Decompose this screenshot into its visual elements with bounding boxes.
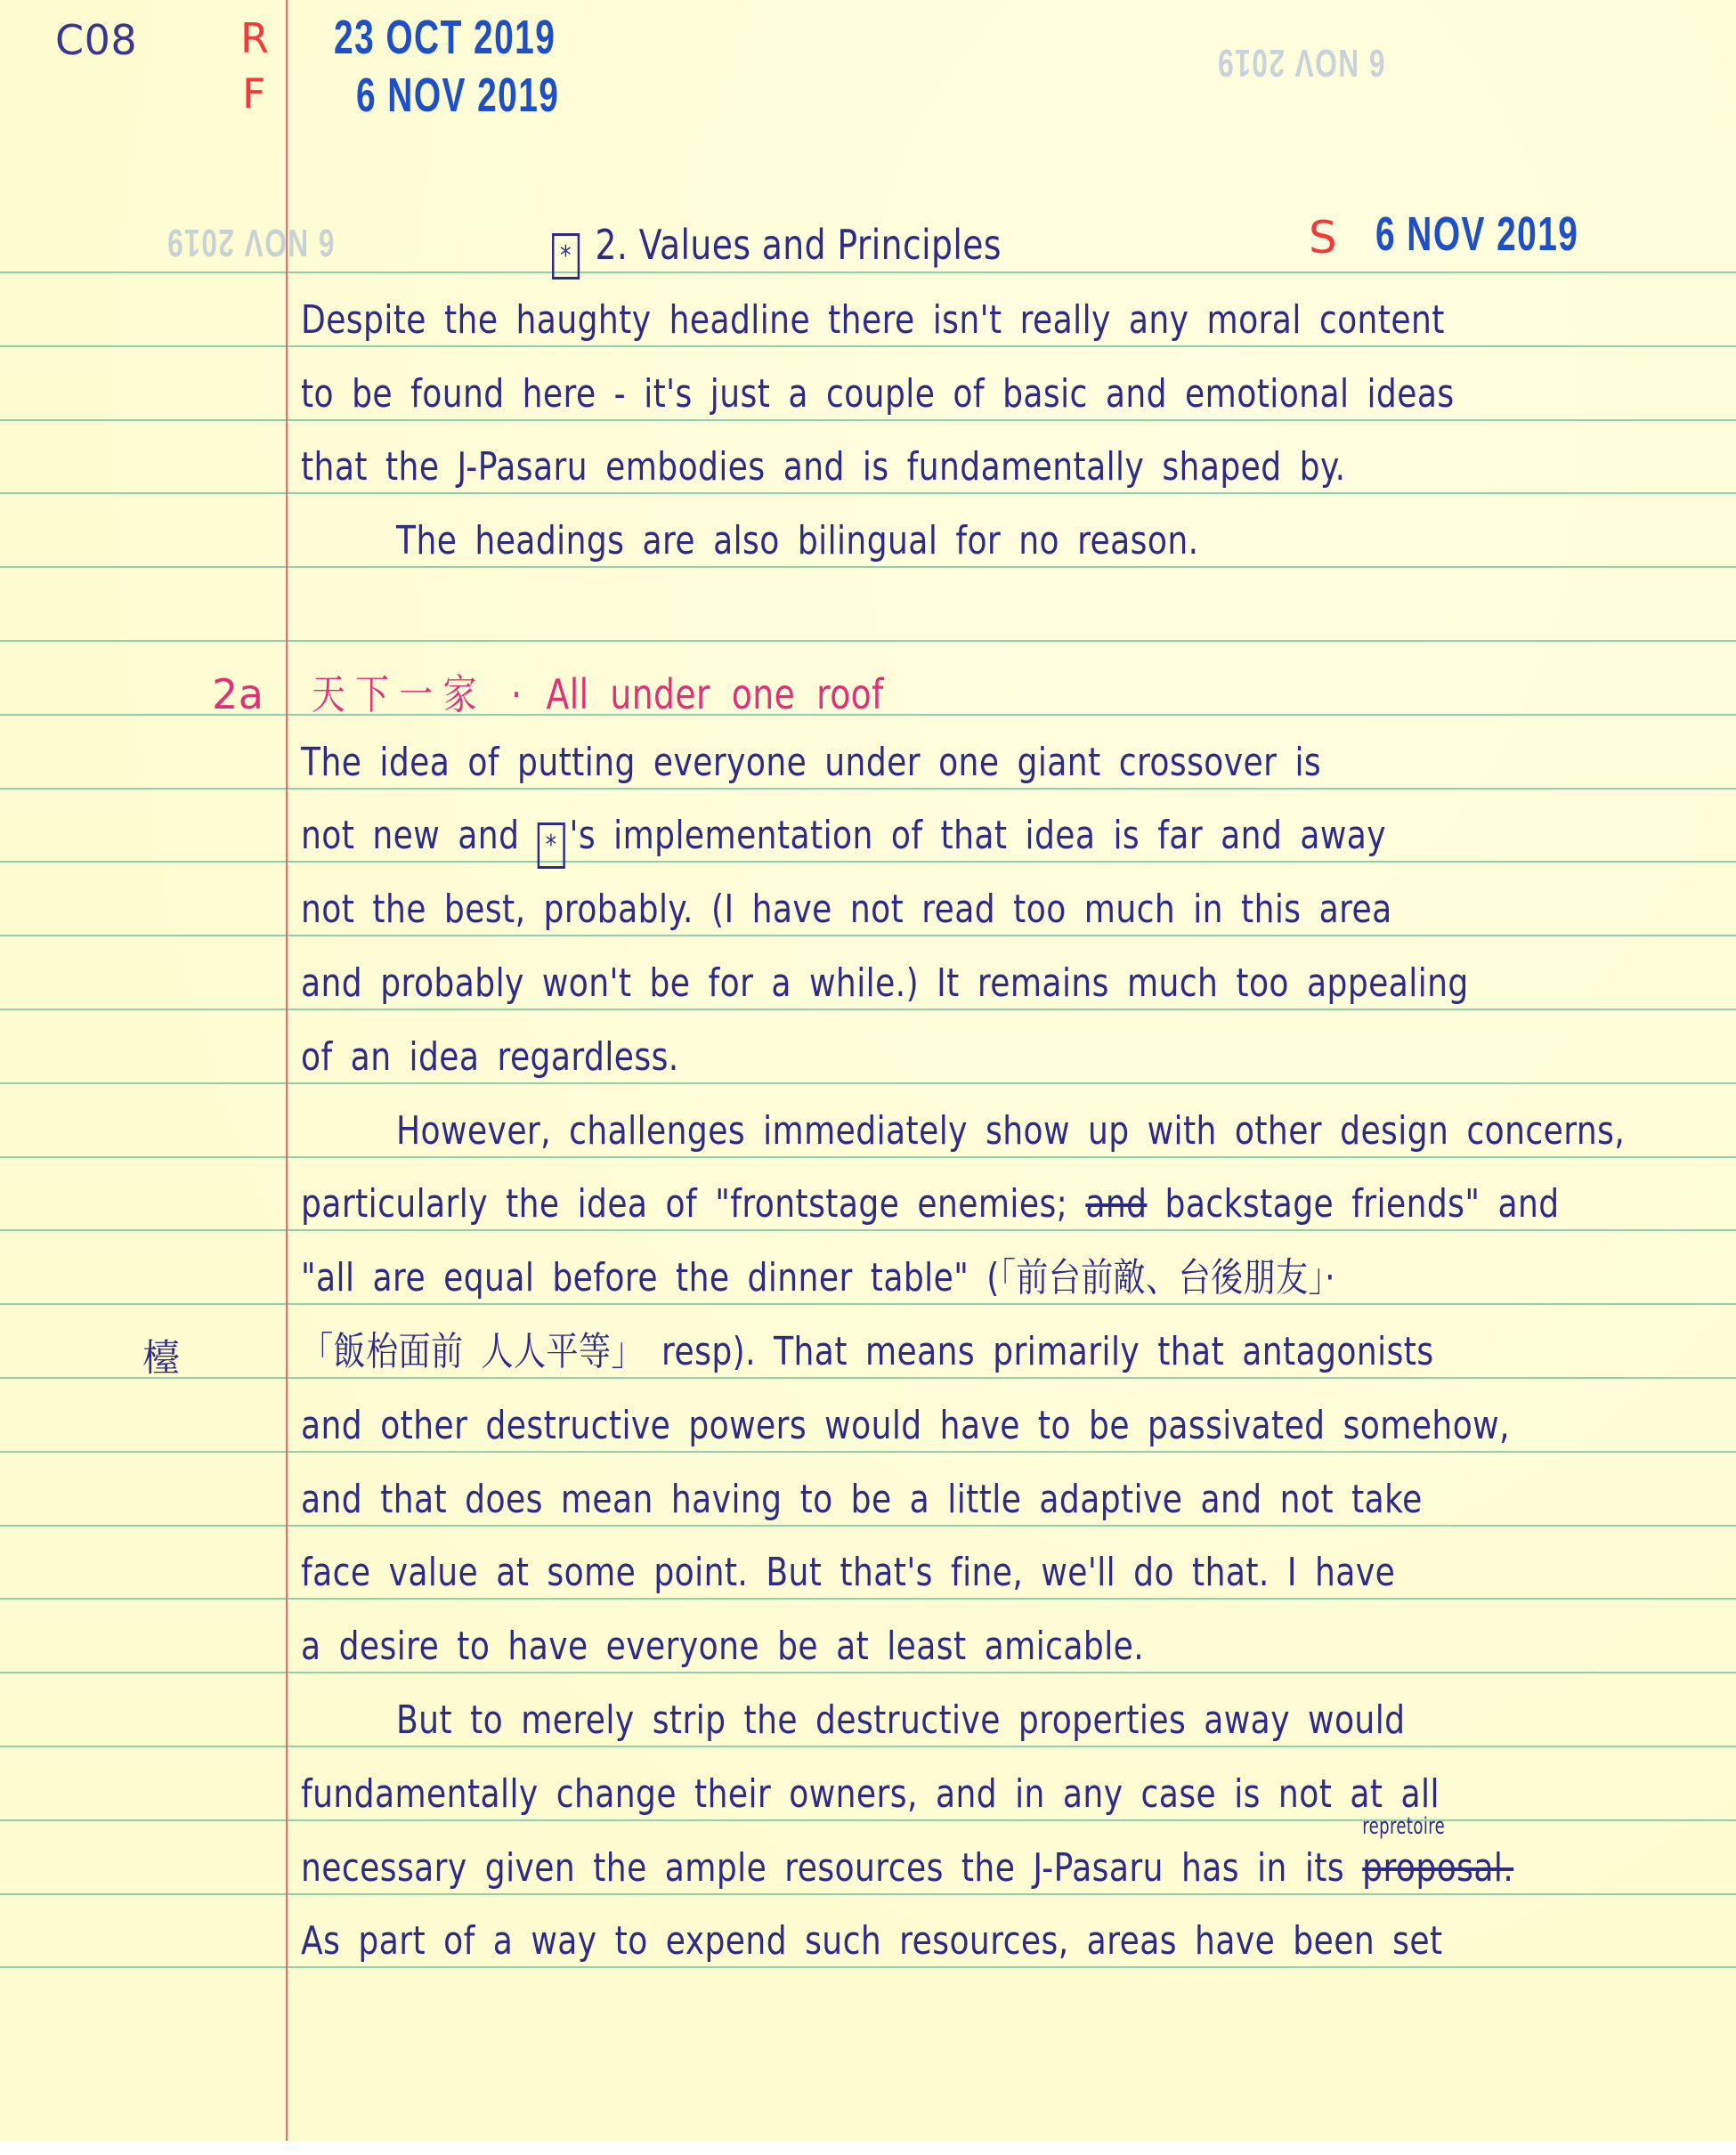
margin-line xyxy=(286,0,288,2141)
text-segment: particularly the idea of "frontstage ene… xyxy=(301,1181,1085,1227)
text-line: of an idea regardless. xyxy=(301,1038,679,1077)
text-line: that the J-Pasaru embodies and is fundam… xyxy=(301,448,1345,487)
text-segment: backstage friends" and xyxy=(1147,1181,1559,1227)
text-line: fundamentally change their owners, and i… xyxy=(301,1775,1440,1814)
margin-mark-f: F xyxy=(242,73,266,114)
text-line: But to merely strip the destructive prop… xyxy=(396,1701,1405,1740)
subsection-label: 2a xyxy=(212,674,264,715)
page-code: C08 xyxy=(55,20,137,61)
ruled-line xyxy=(0,566,1736,568)
struck-text: and xyxy=(1085,1181,1147,1227)
struck-text: proposal.repretoire xyxy=(1362,1845,1513,1891)
ruled-line xyxy=(0,1672,1736,1673)
text-line: face value at some point. But that's fin… xyxy=(301,1553,1395,1592)
ruled-line xyxy=(0,788,1736,790)
ruled-line xyxy=(0,1966,1736,1968)
ruled-line xyxy=(0,1009,1736,1010)
ruled-line xyxy=(0,1082,1736,1084)
text-line: The idea of putting everyone under one g… xyxy=(301,743,1321,782)
ruled-line xyxy=(0,640,1736,642)
text-segment: not new and xyxy=(301,813,537,858)
ruled-line xyxy=(0,419,1736,421)
margin-note: 檯 xyxy=(142,1340,181,1377)
subsection-heading: 天下一家 · All under one roof xyxy=(312,674,884,715)
stamp-date-filed: 6 NOV 2019 xyxy=(356,71,559,119)
text-segment: necessary given the ample resources the … xyxy=(301,1845,1362,1891)
ruled-line xyxy=(0,1377,1736,1379)
ruled-line xyxy=(0,1598,1736,1600)
text-line: and other destructive powers would have … xyxy=(301,1406,1510,1446)
subsection-separator: · xyxy=(511,670,522,718)
ghost-stamp-top-right: 6 NOV 2019 xyxy=(1217,43,1385,82)
stamp-date-received: 23 OCT 2019 xyxy=(334,13,556,61)
ruled-line xyxy=(0,1303,1736,1305)
boxed-asterisk-icon: * xyxy=(537,822,564,869)
text-line: not the best, probably. (I have not read… xyxy=(301,890,1392,929)
text-line: As part of a way to expend such resource… xyxy=(301,1922,1443,1961)
text-line: necessary given the ample resources the … xyxy=(301,1849,1513,1888)
section-stamp-letter: S xyxy=(1309,215,1337,260)
ruled-line xyxy=(0,345,1736,347)
text-line: and probably won't be for a while.) It r… xyxy=(301,964,1469,1003)
text-line: to be found here - it's just a couple of… xyxy=(301,375,1455,414)
text-line: a desire to have everyone be at least am… xyxy=(301,1627,1144,1666)
text-line: particularly the idea of "frontstage ene… xyxy=(301,1185,1560,1224)
ruled-line xyxy=(0,1819,1736,1821)
ruled-line xyxy=(0,492,1736,494)
ruled-line xyxy=(0,1156,1736,1158)
boxed-asterisk-icon: * xyxy=(552,233,580,280)
subsection-title-en: All under one roof xyxy=(547,670,884,718)
ruled-line xyxy=(0,1746,1736,1747)
text-line: However, challenges immediately show up … xyxy=(396,1112,1625,1151)
text-line: Despite the haughty headline there isn't… xyxy=(301,301,1445,340)
subsection-title-zh: 天下一家 xyxy=(312,670,487,718)
text-segment: 's implementation of that idea is far an… xyxy=(570,813,1387,858)
section-heading: * 2. Values and Principles xyxy=(552,224,1002,280)
ruled-line xyxy=(0,1893,1736,1895)
ruled-line xyxy=(0,1451,1736,1453)
ruled-line xyxy=(0,935,1736,936)
insertion-note: repretoire xyxy=(1362,1815,1445,1838)
margin-mark-r: R xyxy=(240,18,269,59)
notebook-page: C08 R F 23 OCT 2019 6 NOV 2019 6 NOV 201… xyxy=(0,0,1736,2141)
section-title: 2. Values and Principles xyxy=(595,221,1001,269)
text-line: The headings are also bilingual for no r… xyxy=(396,522,1199,561)
ruled-line xyxy=(0,1229,1736,1231)
text-line: "all are equal before the dinner table" … xyxy=(301,1259,1335,1298)
ghost-stamp-left: 6 NOV 2019 xyxy=(166,223,335,262)
section-stamp-date: 6 NOV 2019 xyxy=(1375,210,1578,258)
text-line: not new and *'s implementation of that i… xyxy=(301,816,1386,869)
text-line: 「飯枱面前 人人平等」 resp). That means primarily … xyxy=(301,1333,1434,1372)
ruled-line xyxy=(0,1525,1736,1527)
text-line: and that does mean having to be a little… xyxy=(301,1480,1423,1519)
